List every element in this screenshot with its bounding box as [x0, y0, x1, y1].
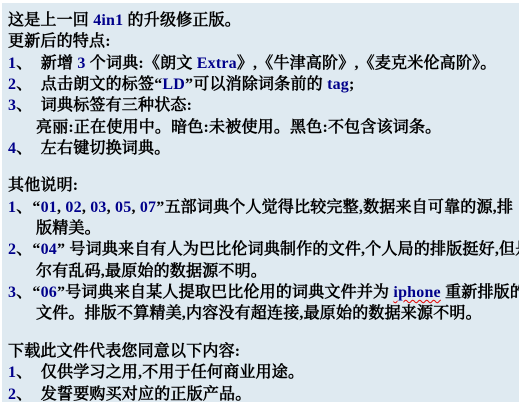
agreement-heading: 下载此文件代表您同意以下内容:	[8, 341, 517, 362]
list-number: 3	[8, 284, 16, 301]
text-run: tag	[327, 76, 349, 93]
text-run: ”号词典来自某人提取巴比伦用的词典文件并为	[57, 284, 393, 301]
list-number: 1	[8, 55, 16, 72]
text-run: 06	[41, 284, 57, 301]
list-number: 1	[8, 364, 16, 381]
text-run: ,	[82, 199, 90, 216]
note-item-3-cont: 文件。排版不算精美,内容没有超连接,最原始的数据来源不明。	[8, 303, 517, 324]
text-run: 下载此文件代表您同意以下内容:	[8, 343, 240, 360]
intro-line: 这是上一回 4in1 的升级修正版。	[8, 10, 517, 31]
text-run: 03	[90, 199, 106, 216]
features-heading: 更新后的特点:	[8, 31, 517, 52]
text-run: 、 点击朗文的标签“	[16, 76, 162, 93]
feature-item-1: 1、 新增 3 个词典:《朗文 Extra》,《牛津高阶》,《麦克米伦高阶》。	[8, 53, 517, 74]
text-run: 4in1	[93, 12, 123, 29]
text-run: ”五部词典个人觉得比较完整,数据来自可靠的源,排	[156, 199, 513, 216]
text-run: 、“	[16, 241, 40, 258]
blank-line	[8, 325, 517, 341]
list-number: 4	[8, 140, 16, 157]
list-number: 2	[8, 386, 16, 402]
text-run: 3	[77, 55, 85, 72]
feature-item-3: 3、 词典标签有三种状态:	[8, 95, 517, 116]
note-item-1-cont: 版精美。	[8, 218, 517, 239]
note-item-2-cont: 尔有乱码,最原始的数据源不明。	[8, 261, 517, 282]
agreement-item-1: 1、 仅供学习之用,不用于任何商业用途。	[8, 362, 517, 383]
text-run: ,	[131, 199, 139, 216]
text-run: 其他说明:	[8, 177, 78, 194]
agreement-item-2: 2、 发誓要购买对应的正版产品。	[8, 384, 517, 402]
list-number: 2	[8, 241, 16, 258]
text-run: 亮丽:正在使用中。暗色:未被使用。黑色:不包含该词条。	[36, 119, 441, 136]
text-run: 版精美。	[36, 220, 101, 237]
note-item-2: 2、“04” 号词典来自有人为巴比伦词典制作的文件,个人局的排版挺好,但是偶	[8, 239, 517, 260]
text-run: 05	[115, 199, 131, 216]
text-run: 》,《牛津高阶》,《麦克米伦高阶》。	[237, 55, 497, 72]
feature-item-2: 2、 点击朗文的标签“LD”可以消除词条前的 tag;	[8, 74, 517, 95]
text-run: 01	[41, 199, 57, 216]
text-run: 、 词典标签有三种状态:	[16, 97, 192, 114]
notes-heading: 其他说明:	[8, 175, 517, 196]
note-item-1: 1、“01, 02, 03, 05, 07”五部词典个人觉得比较完整,数据来自可…	[8, 197, 517, 218]
text-run: 、 左右键切换词典。	[16, 140, 170, 157]
text-run: Extra	[197, 55, 237, 72]
list-number: 2	[8, 76, 16, 93]
misspelled-word: iphone	[393, 284, 440, 301]
text-run: 、“	[16, 199, 40, 216]
text-run: 07	[140, 199, 156, 216]
document-page: 这是上一回 4in1 的升级修正版。 更新后的特点: 1、 新增 3 个词典:《…	[2, 3, 519, 402]
note-item-3: 3、“06”号词典来自某人提取巴比伦用的词典文件并为 iphone 重新排版的 …	[8, 282, 517, 303]
text-run: 04	[41, 241, 57, 258]
text-run: 尔有乱码,最原始的数据源不明。	[36, 263, 267, 280]
text-run: 、“	[16, 284, 40, 301]
blank-line	[8, 159, 517, 175]
text-run: 02	[65, 199, 81, 216]
feature-item-4: 4、 左右键切换词典。	[8, 138, 517, 159]
text-run: 的升级修正版。	[123, 12, 241, 29]
list-number: 1	[8, 199, 16, 216]
text-run: ;	[349, 76, 355, 93]
text-run: 、 仅供学习之用,不用于任何商业用途。	[16, 364, 304, 381]
text-run: 、 新增	[16, 55, 77, 72]
list-number: 3	[8, 97, 16, 114]
text-run: 这是上一回	[8, 12, 93, 29]
text-run: 、 发誓要购买对应的正版产品。	[16, 386, 251, 402]
text-run: 重新排版的	[441, 284, 519, 301]
text-run: 个词典:《朗文	[86, 55, 197, 72]
text-run: ” 号词典来自有人为巴比伦词典制作的文件,个人局的排版挺好,但是偶	[57, 241, 519, 258]
feature-item-3-detail: 亮丽:正在使用中。暗色:未被使用。黑色:不包含该词条。	[8, 117, 517, 138]
text-run: LD	[162, 76, 185, 93]
text-run: 文件。排版不算精美,内容没有超连接,最原始的数据来源不明。	[36, 305, 482, 322]
text-run: ”可以消除词条前的	[185, 76, 327, 93]
text-run: 更新后的特点:	[8, 33, 111, 50]
text-run: ,	[107, 199, 115, 216]
